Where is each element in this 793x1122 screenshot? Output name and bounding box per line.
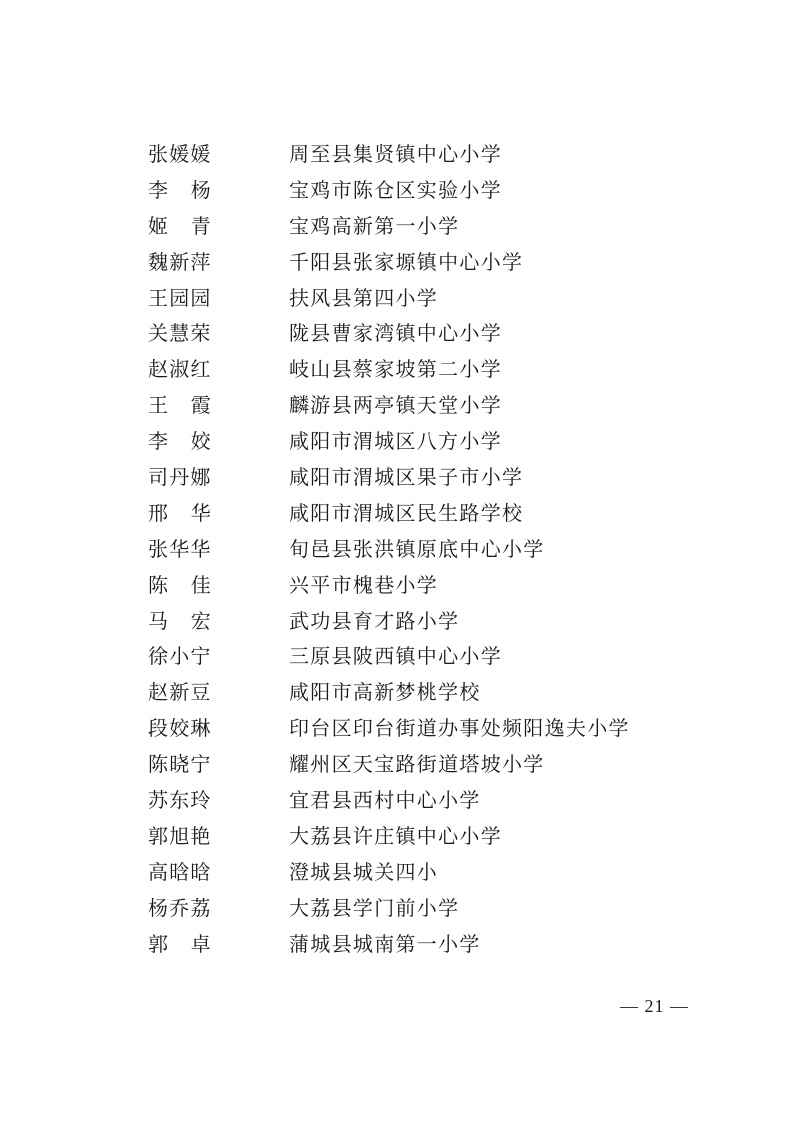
person-name: 赵新豆 (148, 675, 289, 711)
list-item: 赵淑红岐山县蔡家坡第二小学 (148, 352, 630, 388)
school-name: 陇县曹家湾镇中心小学 (289, 316, 502, 352)
person-name: 关慧荣 (148, 316, 289, 352)
list-item: 赵新豆咸阳市高新梦桃学校 (148, 675, 630, 711)
person-name: 陈晓宁 (148, 747, 289, 783)
school-name: 大荔县学门前小学 (289, 891, 459, 927)
list-item: 马宏武功县育才路小学 (148, 604, 630, 640)
school-name: 周至县集贤镇中心小学 (289, 137, 502, 173)
list-item: 李杨宝鸡市陈仓区实验小学 (148, 173, 630, 209)
list-item: 李姣咸阳市渭城区八方小学 (148, 424, 630, 460)
school-name: 大荔县许庄镇中心小学 (289, 819, 502, 855)
school-name: 咸阳市渭城区果子市小学 (289, 460, 523, 496)
person-name: 段姣琳 (148, 711, 289, 747)
page-number: — 21 — (620, 996, 689, 1017)
person-name: 李姣 (148, 424, 212, 460)
list-item: 关慧荣陇县曹家湾镇中心小学 (148, 316, 630, 352)
school-name: 兴平市槐巷小学 (289, 568, 438, 604)
school-name: 宝鸡高新第一小学 (289, 209, 459, 245)
list-item: 杨乔荔大荔县学门前小学 (148, 891, 630, 927)
person-name: 郭旭艳 (148, 819, 289, 855)
school-name: 咸阳市高新梦桃学校 (289, 675, 481, 711)
school-name: 宜君县西村中心小学 (289, 783, 481, 819)
list-item: 张媛媛周至县集贤镇中心小学 (148, 137, 630, 173)
person-name: 李杨 (148, 173, 212, 209)
school-name: 武功县育才路小学 (289, 604, 459, 640)
list-item: 邢华咸阳市渭城区民生路学校 (148, 496, 630, 532)
person-name: 苏东玲 (148, 783, 289, 819)
list-item: 徐小宁三原县陂西镇中心小学 (148, 639, 630, 675)
person-name: 郭卓 (148, 927, 212, 963)
person-name: 姬青 (148, 209, 212, 245)
list-item: 陈佳兴平市槐巷小学 (148, 568, 630, 604)
school-name: 咸阳市渭城区八方小学 (289, 424, 502, 460)
school-name: 咸阳市渭城区民生路学校 (289, 496, 523, 532)
name-list: 张媛媛周至县集贤镇中心小学李杨宝鸡市陈仓区实验小学姬青宝鸡高新第一小学魏新萍千阳… (148, 137, 630, 962)
person-name: 张华华 (148, 532, 289, 568)
list-item: 段姣琳印台区印台街道办事处频阳逸夫小学 (148, 711, 630, 747)
person-name: 杨乔荔 (148, 891, 289, 927)
list-item: 姬青宝鸡高新第一小学 (148, 209, 630, 245)
person-name: 马宏 (148, 604, 212, 640)
school-name: 宝鸡市陈仓区实验小学 (289, 173, 502, 209)
person-name: 司丹娜 (148, 460, 289, 496)
person-name: 高晗晗 (148, 855, 289, 891)
list-item: 郭卓蒲城县城南第一小学 (148, 927, 630, 963)
school-name: 蒲城县城南第一小学 (289, 927, 481, 963)
person-name: 赵淑红 (148, 352, 289, 388)
school-name: 千阳县张家塬镇中心小学 (289, 245, 523, 281)
person-name: 张媛媛 (148, 137, 289, 173)
list-item: 郭旭艳大荔县许庄镇中心小学 (148, 819, 630, 855)
person-name: 陈佳 (148, 568, 212, 604)
list-item: 魏新萍千阳县张家塬镇中心小学 (148, 245, 630, 281)
list-item: 苏东玲宜君县西村中心小学 (148, 783, 630, 819)
school-name: 印台区印台街道办事处频阳逸夫小学 (289, 711, 630, 747)
person-name: 徐小宁 (148, 639, 289, 675)
school-name: 岐山县蔡家坡第二小学 (289, 352, 502, 388)
list-item: 陈晓宁耀州区天宝路街道塔坡小学 (148, 747, 630, 783)
person-name: 邢华 (148, 496, 212, 532)
school-name: 耀州区天宝路街道塔坡小学 (289, 747, 545, 783)
list-item: 高晗晗澄城县城关四小 (148, 855, 630, 891)
list-item: 王霞麟游县两亭镇天堂小学 (148, 388, 630, 424)
list-item: 王园园扶风县第四小学 (148, 281, 630, 317)
school-name: 扶风县第四小学 (289, 281, 438, 317)
school-name: 三原县陂西镇中心小学 (289, 639, 502, 675)
person-name: 王霞 (148, 388, 212, 424)
list-item: 司丹娜咸阳市渭城区果子市小学 (148, 460, 630, 496)
school-name: 麟游县两亭镇天堂小学 (289, 388, 502, 424)
person-name: 魏新萍 (148, 245, 289, 281)
person-name: 王园园 (148, 281, 289, 317)
school-name: 澄城县城关四小 (289, 855, 438, 891)
list-item: 张华华旬邑县张洪镇原底中心小学 (148, 532, 630, 568)
school-name: 旬邑县张洪镇原底中心小学 (289, 532, 545, 568)
